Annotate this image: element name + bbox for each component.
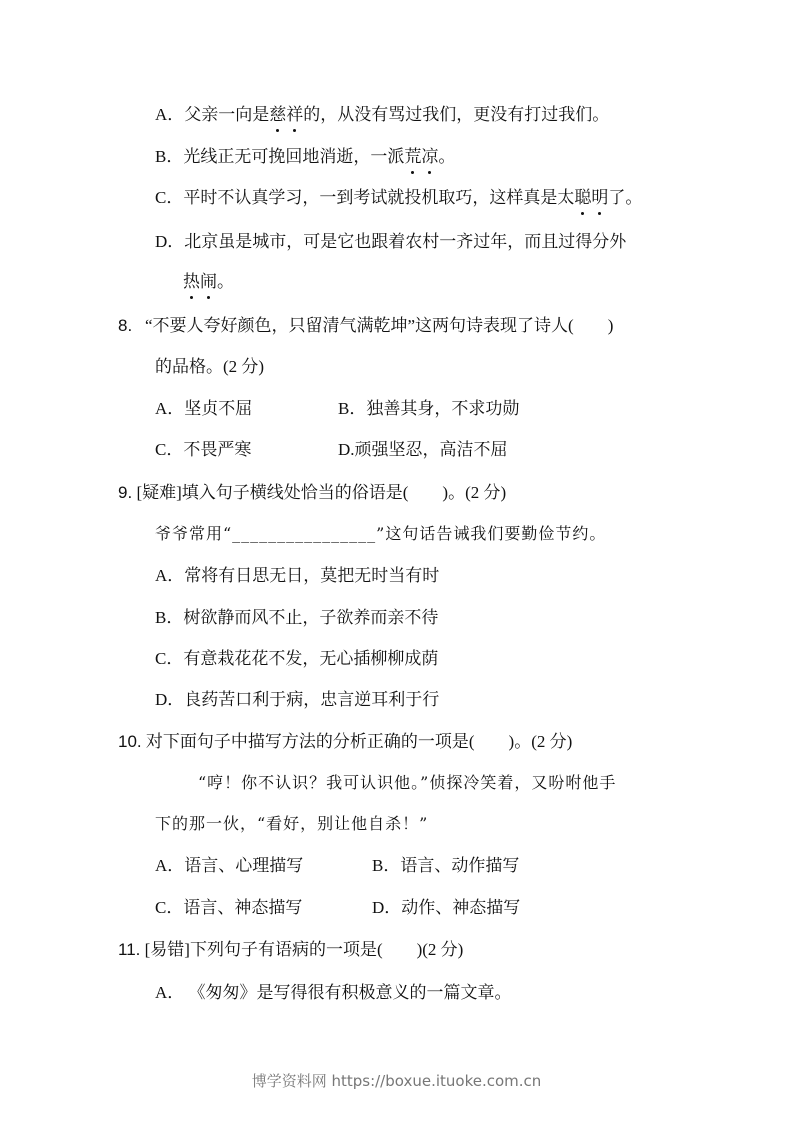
- q7-option-d-cont: 热闹。: [183, 271, 234, 293]
- q9-option-c: C．有意栽花花不发，无心插柳柳成荫: [155, 648, 438, 670]
- option-text: 不畏严寒: [183, 440, 251, 459]
- q9-sentence: 爷爷常用“________________”这句话告诫我们要勤俭节约。: [155, 523, 606, 545]
- option-text: 父亲一向是: [184, 105, 269, 124]
- option-text: 顽强坚忍，高洁不屈: [355, 440, 508, 459]
- q8-stem: 8. “不要人夸好颜色，只留清气满乾坤”这两句诗表现了诗人( ): [118, 315, 613, 337]
- option-label: B．: [372, 856, 400, 875]
- option-label: C．: [155, 649, 183, 668]
- option-text: 良药苦口利于病，忠言逆耳利于行: [184, 690, 439, 709]
- option-text: 光线正无可挽回地消逝，一派: [183, 147, 404, 166]
- option-text: 。: [217, 272, 234, 291]
- q7-option-a: A．父亲一向是慈祥的，从没有骂过我们，更没有打过我们。: [155, 104, 609, 126]
- q11-option-a: A． 《匆匆》是写得很有积极意义的一篇文章。: [155, 982, 512, 1004]
- option-label: A．: [155, 856, 184, 875]
- q10-option-a: A．语言、心理描写: [155, 855, 303, 877]
- option-text: 语言、心理描写: [184, 856, 303, 875]
- q9-option-a: A．常将有日思无日，莫把无时当有时: [155, 565, 439, 587]
- question-text: “不要人夸好颜色，只留清气满乾坤”这两句诗表现了诗人( ): [145, 316, 613, 335]
- option-text: 《匆匆》是写得很有积极意义的一篇文章。: [189, 983, 512, 1002]
- option-label: B．: [155, 608, 183, 627]
- emphasis-char: 凉: [421, 146, 438, 168]
- q8-option-b: B．独善其身，不求功勋: [338, 398, 519, 420]
- option-text: 树欲静而风不止，子欲养而亲不待: [183, 608, 438, 627]
- option-text: 北京虽是城市，可是它也跟着农村一齐过年，而且过得分外: [184, 232, 626, 251]
- footer-watermark: 博学资料网 https://boxue.ituoke.com.cn: [0, 1070, 793, 1091]
- emphasis-char: 明: [591, 187, 608, 209]
- question-text: 填入句子横线处恰当的俗语是( )。(2 分): [182, 483, 506, 502]
- option-label: D．: [155, 690, 184, 709]
- question-number: 9.: [118, 483, 132, 502]
- q10-passage-line2: 下的那一伙，“看好，别让他自杀！”: [155, 813, 428, 835]
- option-text: 常将有日思无日，莫把无时当有时: [184, 566, 439, 585]
- q7-option-c: C．平时不认真学习，一到考试就投机取巧，这样真是太聪明了。: [155, 187, 642, 209]
- q10-option-d: D．动作、神态描写: [372, 897, 520, 919]
- option-text: 独善其身，不求功勋: [366, 399, 519, 418]
- option-label: C．: [155, 188, 183, 207]
- option-text: 平时不认真学习，一到考试就投机取巧，这样真是太: [183, 188, 574, 207]
- q9-option-b: B．树欲静而风不止，子欲养而亲不待: [155, 607, 438, 629]
- q7-option-d: D．北京虽是城市，可是它也跟着农村一齐过年，而且过得分外: [155, 231, 626, 253]
- option-text: 有意栽花花不发，无心插柳柳成荫: [183, 649, 438, 668]
- option-label: C．: [155, 898, 183, 917]
- q8-option-d: D.顽强坚忍，高洁不屈: [338, 439, 508, 461]
- q10-passage-line1: “哼！你不认识？我可认识他。”侦探冷笑着，又吩咐他手: [198, 772, 616, 794]
- option-label: A．: [155, 105, 184, 124]
- emphasis-char: 祥: [286, 104, 303, 126]
- q11-stem: 11. [易错]下列句子有语病的一项是( )(2 分): [118, 939, 463, 961]
- difficulty-tag: [易错]: [145, 940, 190, 959]
- question-text: 下列句子有语病的一项是( )(2 分): [190, 940, 463, 959]
- q8-option-c: C．不畏严寒: [155, 439, 251, 461]
- q10-stem: 10. 对下面句子中描写方法的分析正确的一项是( )。(2 分): [118, 731, 572, 753]
- option-label: B．: [338, 399, 366, 418]
- option-label: C．: [155, 440, 183, 459]
- q10-option-c: C．语言、神态描写: [155, 897, 302, 919]
- option-label: A．: [155, 983, 184, 1002]
- emphasis-char: 热: [183, 271, 200, 293]
- q9-stem: 9. [疑难]填入句子横线处恰当的俗语是( )。(2 分): [118, 482, 506, 504]
- option-text: 语言、神态描写: [183, 898, 302, 917]
- option-label: A．: [155, 566, 184, 585]
- q7-option-b: B．光线正无可挽回地消逝，一派荒凉。: [155, 146, 455, 168]
- q8-stem-cont: 的品格。(2 分): [155, 356, 264, 378]
- option-label: A．: [155, 399, 184, 418]
- emphasis-char: 闹: [200, 271, 217, 293]
- option-label: D．: [372, 898, 401, 917]
- emphasis-char: 聪: [574, 187, 591, 209]
- question-text: 对下面句子中描写方法的分析正确的一项是( )。(2 分): [146, 732, 572, 751]
- q10-option-b: B．语言、动作描写: [372, 855, 519, 877]
- emphasis-char: 荒: [404, 146, 421, 168]
- option-text: 了。: [608, 188, 642, 207]
- q9-option-d: D．良药苦口利于病，忠言逆耳利于行: [155, 689, 439, 711]
- option-label: B．: [155, 147, 183, 166]
- option-label: D．: [155, 232, 184, 251]
- option-text: 的，从没有骂过我们，更没有打过我们。: [303, 105, 609, 124]
- question-number: 10.: [118, 732, 142, 751]
- option-text: 语言、动作描写: [400, 856, 519, 875]
- option-text: 。: [438, 147, 455, 166]
- option-text: 动作、神态描写: [401, 898, 520, 917]
- q8-option-a: A．坚贞不屈: [155, 398, 252, 420]
- emphasis-char: 慈: [269, 104, 286, 126]
- option-label: D.: [338, 440, 355, 459]
- option-text: 坚贞不屈: [184, 399, 252, 418]
- difficulty-tag: [疑难]: [136, 483, 181, 502]
- question-number: 8.: [118, 316, 132, 335]
- question-number: 11.: [118, 940, 140, 959]
